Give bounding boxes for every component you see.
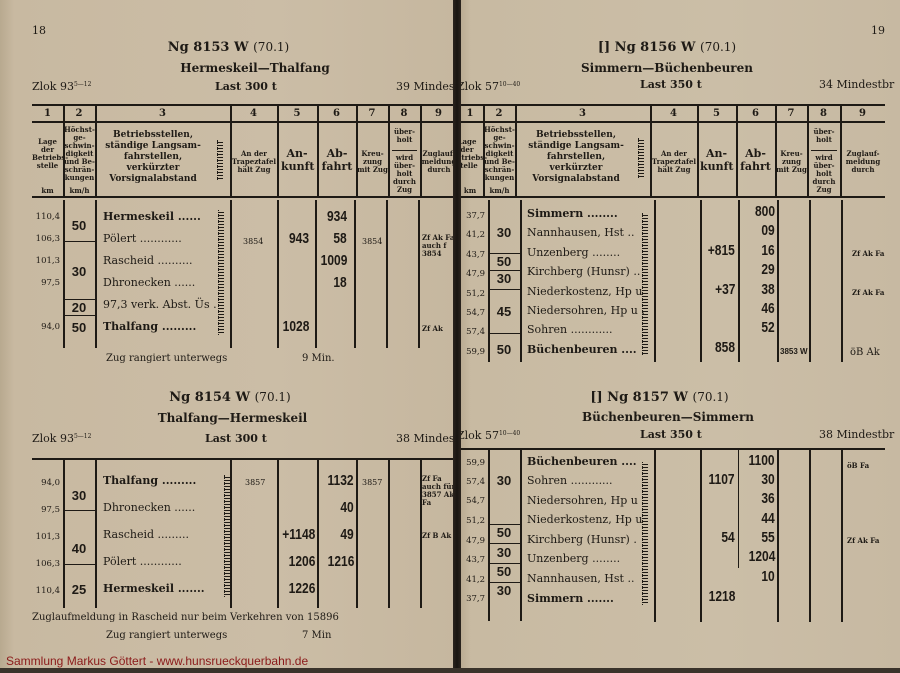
station-name: Nannhausen, Hst .. [527,226,634,239]
header-report: Zuglauf-meldung durch [421,150,457,174]
header-crossing: Kreu-zung mit Zug [357,150,388,174]
col-divider [738,200,740,362]
station-name: Kirchberg (Hunsr) .. [527,265,640,278]
col-number: 8 [388,108,420,119]
station-name: Dhronecken ...... [103,276,195,289]
shunting-note: Zug rangiert unterwegs [106,630,227,641]
speed-limit: 30 [63,264,95,279]
col-number: 2 [483,108,515,119]
station-name: Pölert ............ [103,232,182,245]
trapeztafel-train: 3857 [245,478,265,487]
station-name: Kirchberg (Hunsr) . [527,533,637,546]
brake-label: 38 Mindestbr [396,432,457,445]
rule [457,196,885,198]
km-value: 43,7 [457,555,485,565]
header-arrival: An-kunft [700,147,733,173]
zigzag-icon [638,138,644,178]
report-note: öB Fa [847,462,869,470]
speed-limit: 30 [488,225,520,240]
departure-time: 1009 [320,252,347,269]
shunting-minutes: 7 Min [302,630,331,641]
station-name: Hermeskeil ....... [103,582,205,595]
slow-section-note: 97,3 verk. Abst. Üs . [103,298,217,311]
departure-time: 38 [762,281,775,298]
col-number: 6 [317,108,356,119]
report-note: öB Ak [850,347,880,358]
load-label: Last 300 t [215,80,277,93]
speed-limit: 50 [63,320,95,335]
report-note: Zf Fa auch für 3857 Ak Fa [422,475,456,507]
km-value: 51,2 [457,289,485,299]
arrival-time: 1218 [708,588,735,605]
station-name: Nannhausen, Hst .. [527,572,634,585]
header-overtaken-by: wird über-holt durch Zug [808,154,840,194]
header-overtaken: über-holt [389,128,420,144]
km-value: 54,7 [457,308,485,318]
rule [457,121,885,123]
departure-time: 46 [762,300,775,317]
km-value: 97,5 [24,505,60,515]
rule [489,333,520,334]
speed-limit: 50 [488,254,520,269]
zlok-sup: 5—12 [74,81,91,88]
departure-time: 1216 [327,553,354,570]
departure-time: 1100 [749,452,775,469]
departure-time: 52 [762,319,775,336]
station-name: Thalfang ......... [103,320,196,333]
arrival-time: 1226 [288,580,315,597]
zigzag-icon [642,462,648,605]
header-arrival: An-kunft [281,147,313,173]
train-title: Ng 8154 W (70.1) [0,390,457,405]
col-divider [738,448,739,568]
departure-time: 10 [762,568,775,585]
speed-limit: 50 [488,342,520,357]
header-stations: Betriebsstellen, ständige Langsam-fahrst… [98,130,208,185]
km-value: 51,2 [457,516,485,526]
zlok-sup: 5—12 [74,433,91,440]
departure-time: 934 [327,208,347,225]
col-divider [809,200,811,362]
km-value: 47,9 [457,269,485,279]
station-name: Niederkostenz, Hp u [527,513,642,526]
station-name: Simmern ........ [527,207,618,220]
col-divider [841,200,843,362]
km-value: 94,0 [24,478,60,488]
station-name: Sohren ............ [527,323,613,336]
station-name: Niedersohren, Hp u . [527,304,645,317]
route-title: Büchenbeuren—Simmern [457,410,879,424]
departure-time: 40 [341,499,354,516]
speed-limit: 50 [63,218,95,233]
col-divider [841,448,843,622]
report-footnote: Zuglaufmeldung in Rascheid nur beim Verk… [32,612,339,623]
header-km-unit: km [32,187,63,195]
station-name: Thalfang ......... [103,474,196,487]
train-title: [] Ng 8157 W (70.1) [457,390,862,405]
col-number: 5 [697,108,736,119]
col-divider [520,200,522,362]
shunting-note: Zug rangiert unterwegs [106,353,227,364]
train-number: [] Ng 8157 W [590,390,688,405]
report-note: Zf B Ak Fa [422,532,457,540]
speed-limit: 20 [63,300,95,315]
header-kmh-unit: km/h [484,187,515,195]
departure-time: 36 [762,490,775,507]
station-name: Büchenbeuren .... [527,455,637,468]
header-speed: Höchst-ge-schwin-digkeit und Be-schrän-k… [484,126,515,182]
rule [457,104,885,106]
col-divider [654,448,656,622]
rule [64,564,95,565]
trapeztafel-train: 3854 [243,237,263,246]
header-kmh-unit: km/h [64,187,95,195]
departure-time: 30 [762,471,775,488]
zlok-label: Zlok 5710—40 [457,429,520,442]
col-divider [388,458,390,608]
station-name: Niederkostenz, Hp u [527,285,642,298]
km-value: 101,3 [24,256,60,266]
arrival-time: 943 [289,230,309,247]
zlok-value: Zlok 57 [457,429,499,442]
col-number: 8 [807,108,840,119]
arrival-time: 1028 [282,318,309,335]
page-number: 19 [871,24,885,37]
zigzag-icon [642,213,648,355]
rule-ref: (70.1) [693,390,729,404]
header-location: Lage der Betriebs-stelle [32,138,63,170]
col-number: 1 [32,108,63,119]
col-number: 6 [736,108,775,119]
col-number: 3 [515,108,650,119]
arrival-time: 54 [722,529,735,546]
col-divider [230,458,232,608]
station-name: Dhronecken ...... [103,501,195,514]
col-number: 7 [775,108,807,119]
col-divider [356,458,358,608]
header-overtaken: über-holt [808,128,840,144]
zlok-value: Zlok 93 [32,432,74,445]
station-name: Sohren ............ [527,474,613,487]
col-divider [354,200,356,348]
departure-time: 55 [762,529,775,546]
col-divider [386,200,388,348]
col-divider [809,448,811,622]
speed-limit: 25 [63,582,95,597]
crossing-train: 3857 [362,478,382,487]
rule [489,543,520,544]
km-value: 97,5 [24,278,60,288]
zlok-sup: 10—40 [499,81,520,88]
zlok-label: Zlok 5710—40 [457,80,520,93]
km-value: 106,3 [24,559,60,569]
departure-time: 1132 [328,472,354,489]
km-value: 106,3 [24,234,60,244]
station-name: Niedersohren, Hp u [527,494,638,507]
speed-limit: 30 [488,583,520,598]
km-value: 57,4 [457,327,485,337]
col-divider [230,200,232,348]
zlok-value: Zlok 93 [32,80,74,93]
speed-limit: 45 [488,304,520,319]
arrival-time: +1148 [282,526,315,543]
header-trapeztafel: An der Trapeztafel hält Zug [651,150,697,174]
col-number: 7 [356,108,388,119]
report-note: Zf Ak Fa [847,537,879,545]
station-name: Rascheid .......... [103,254,193,267]
col-divider [315,200,317,348]
header-overtaken-by: wird über-holt durch Zug [389,154,420,194]
col-divider [777,200,779,362]
arrival-time: 1107 [709,471,735,488]
rule-ref: (70.1) [700,40,736,54]
report-note: Zf Ak [422,325,443,333]
col-number: 5 [277,108,317,119]
load-label: Last 350 t [640,78,702,91]
rule-ref: (70.1) [253,40,289,54]
col-divider [654,200,656,362]
zigzag-icon [217,140,223,180]
km-value: 37,7 [457,211,485,221]
zlok-label: Zlok 935—12 [32,80,91,93]
rule [811,150,837,151]
departure-time: 800 [755,203,775,220]
brake-label: 34 Mindestbr [819,78,894,91]
rule-ref: (70.1) [255,390,291,404]
departure-time: 09 [762,222,775,239]
departure-time: 29 [762,261,775,278]
col-number: 3 [95,108,230,119]
km-value: 54,7 [457,496,485,506]
speed-limit: 40 [63,541,95,556]
departure-time: 58 [334,230,347,247]
station-name: Simmern ....... [527,592,614,605]
train-number: Ng 8153 W [168,40,249,55]
header-departure: Ab-fahrt [321,147,353,173]
departure-time: 49 [341,526,354,543]
zigzag-icon [218,210,224,335]
left-page: 18 Ng 8153 W (70.1) Hermeskeil—Thalfang … [0,0,457,668]
station-name: Unzenberg ........ [527,552,620,565]
col-divider [418,200,420,348]
km-value: 41,2 [457,575,485,585]
departure-time: 18 [334,274,347,291]
departure-time: 44 [762,510,775,527]
km-value: 101,3 [24,532,60,542]
report-note: Zf Ak Fa auch f 3854 [422,234,456,258]
rule [392,150,417,151]
arrival-time: +815 [708,242,735,259]
km-value: 59,9 [457,347,485,357]
rule [64,315,95,316]
crossing-train: 3853 W [780,347,808,356]
station-name: Hermeskeil ...... [103,210,201,223]
col-number: 2 [63,108,95,119]
km-value: 47,9 [457,536,485,546]
load-label: Last 350 t [640,428,702,441]
speed-limit: 50 [488,525,520,540]
page-number: 18 [32,24,46,37]
route-title: Thalfang—Hermeskeil [0,411,457,425]
arrival-time: 858 [715,339,735,356]
load-label: Last 300 t [205,432,267,445]
col-divider [520,448,522,621]
arrival-time: 1206 [288,553,315,570]
station-name: Unzenberg ........ [527,246,620,259]
col-divider [277,458,279,608]
header-crossing: Kreu-zung mit Zug [776,150,807,174]
col-divider [317,458,319,608]
header-report: Zuglauf-meldung durch [841,150,885,174]
brake-label: 39 Mindestbr [396,80,457,93]
book-gutter [453,0,461,668]
brake-label: 38 Mindestbr [819,428,894,441]
arrival-time: +37 [715,281,735,298]
zlok-value: Zlok 57 [457,80,499,93]
station-name: Büchenbeuren .... [527,343,637,356]
col-divider [700,200,702,362]
station-name: Pölert ............ [103,555,182,568]
route-title: Hermeskeil—Thalfang [0,61,457,75]
col-divider [95,200,97,348]
km-value: 110,4 [24,212,60,222]
speed-limit: 30 [63,488,95,503]
col-number: 4 [650,108,697,119]
col-divider [95,458,97,608]
col-divider [700,448,702,622]
speed-limit: 30 [488,271,520,286]
header-trapeztafel: An der Trapeztafel hält Zug [231,150,277,174]
col-number: 9 [840,108,885,119]
header-speed: Höchst-ge-schwin-digkeit und Be-schrän-k… [64,126,95,182]
col-divider [277,200,279,348]
right-page: 19 [] Ng 8156 W (70.1) Simmern—Büchenbeu… [457,0,900,668]
train-number: Ng 8154 W [169,390,250,405]
rule [64,510,95,511]
departure-time: 1204 [748,548,775,565]
crossing-train: 3854 [362,237,382,246]
header-stations: Betriebsstellen, ständige Langsam-fahrst… [521,130,631,185]
km-value: 41,2 [457,230,485,240]
departure-time: 16 [762,242,775,259]
shunting-minutes: 9 Min. [302,353,335,364]
col-number: 9 [420,108,457,119]
col-divider [777,448,779,622]
speed-limit: 30 [488,545,520,560]
report-note: Zf Ak Fa [852,289,884,297]
km-value: 37,7 [457,594,485,604]
km-value: 59,9 [457,458,485,468]
rule [489,289,520,290]
speed-limit: 30 [488,473,520,488]
zigzag-icon [224,475,230,597]
km-value: 110,4 [24,586,60,596]
watermark: Sammlung Markus Göttert - www.hunsrueckq… [6,654,308,668]
route-title: Simmern—Büchenbeuren [457,61,877,75]
zlok-label: Zlok 935—12 [32,432,91,445]
header-departure: Ab-fahrt [739,147,772,173]
report-note: Zf Ak Fa [852,250,884,258]
station-name: Rascheid ......... [103,528,189,541]
train-title: [] Ng 8156 W (70.1) [457,40,877,55]
col-number: 4 [230,108,277,119]
km-value: 43,7 [457,250,485,260]
train-title: Ng 8153 W (70.1) [0,40,457,55]
zlok-sup: 10—40 [499,430,520,437]
speed-limit: 50 [488,564,520,579]
rule [64,241,95,242]
train-number: [] Ng 8156 W [598,40,696,55]
km-value: 57,4 [457,477,485,487]
km-value: 94,0 [24,322,60,332]
